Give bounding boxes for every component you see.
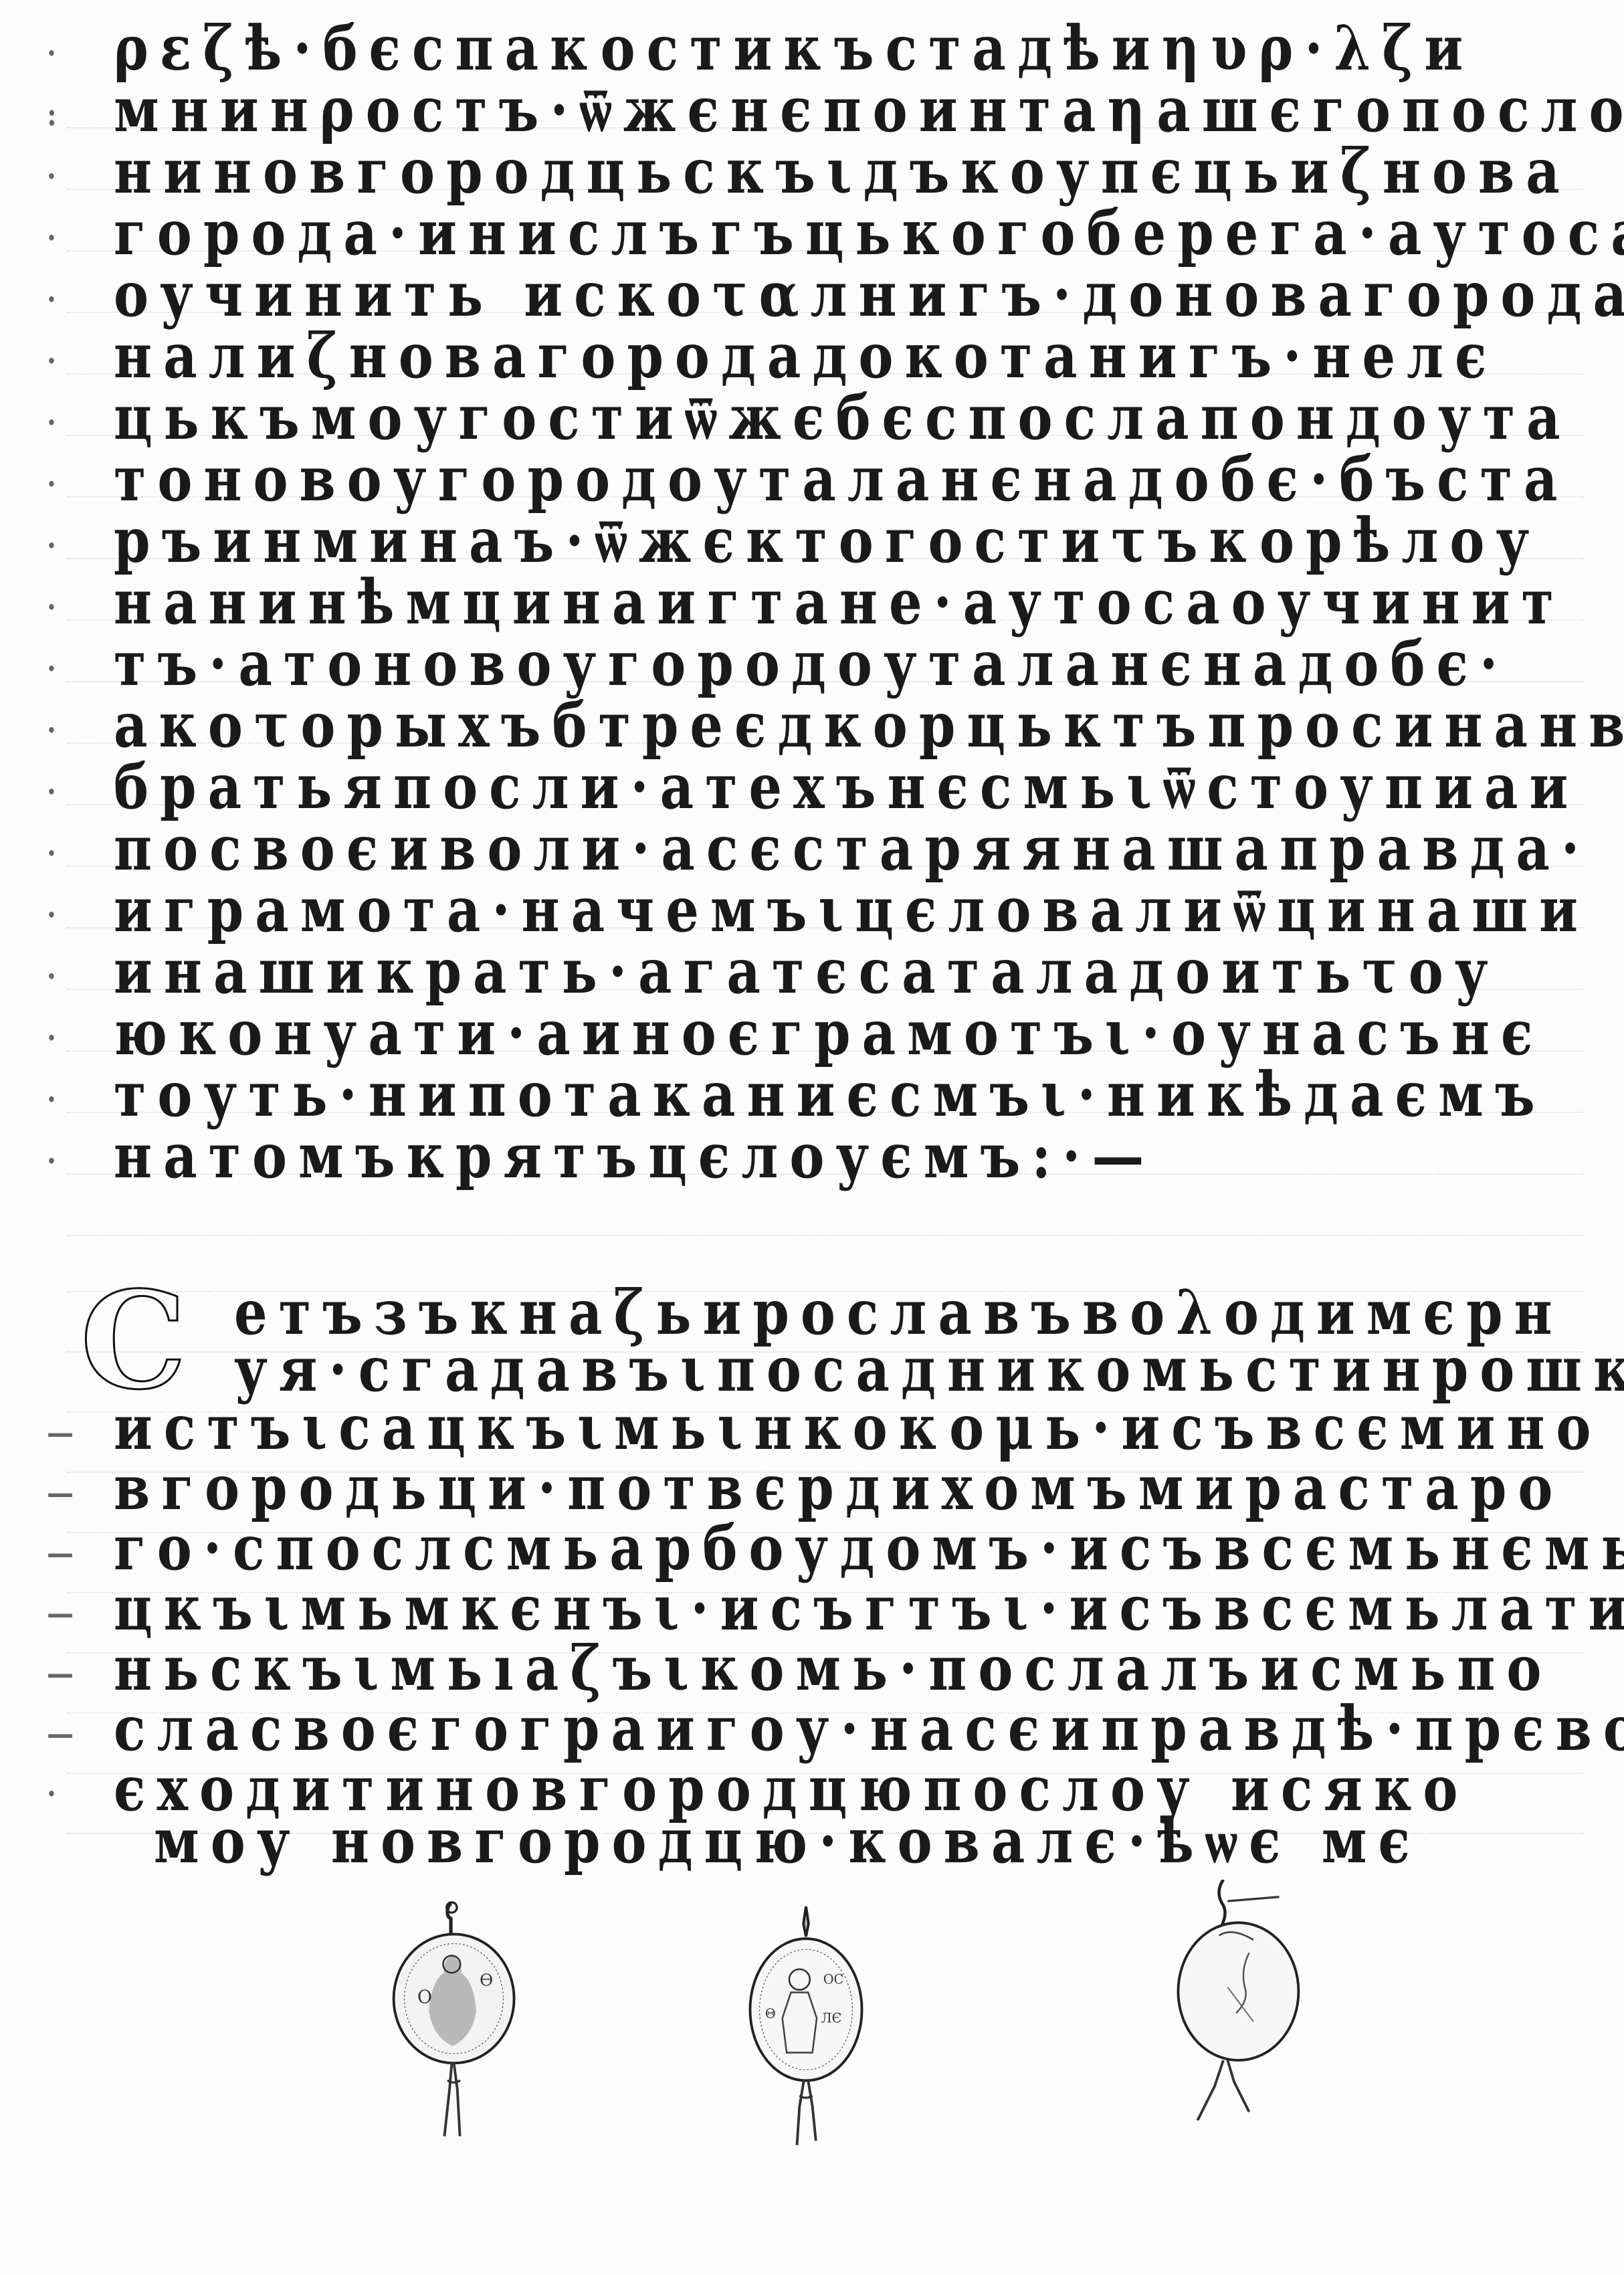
- seal-center: ОС Θ ЛЄ: [696, 1906, 916, 2147]
- svg-text:Ѳ: Ѳ: [480, 1971, 493, 1990]
- manuscript-line: моу новгородцю·ковалє·ѣѡє мє: [40, 1806, 1624, 1877]
- svg-text:O: O: [417, 1987, 432, 2007]
- seal-icon: [1124, 1880, 1344, 2120]
- manuscript-line: ·натомъкрятъцєлоуємъ:·—: [0, 1121, 1624, 1197]
- svg-text:ЛЄ: ЛЄ: [821, 2011, 842, 2026]
- manuscript-page: ·ρεζѣ·бєспаκостиκъстадѣиηυρ·λζи :мнинροс…: [0, 0, 1624, 2275]
- seal-icon: O Ѳ: [348, 1900, 569, 2141]
- seal-left: O Ѳ: [348, 1900, 569, 2141]
- svg-text:Θ: Θ: [765, 2006, 776, 2021]
- seal-icon: ОС Θ ЛЄ: [696, 1906, 916, 2147]
- seal-right: [1124, 1880, 1344, 2120]
- svg-text:ОС: ОС: [823, 1972, 844, 1987]
